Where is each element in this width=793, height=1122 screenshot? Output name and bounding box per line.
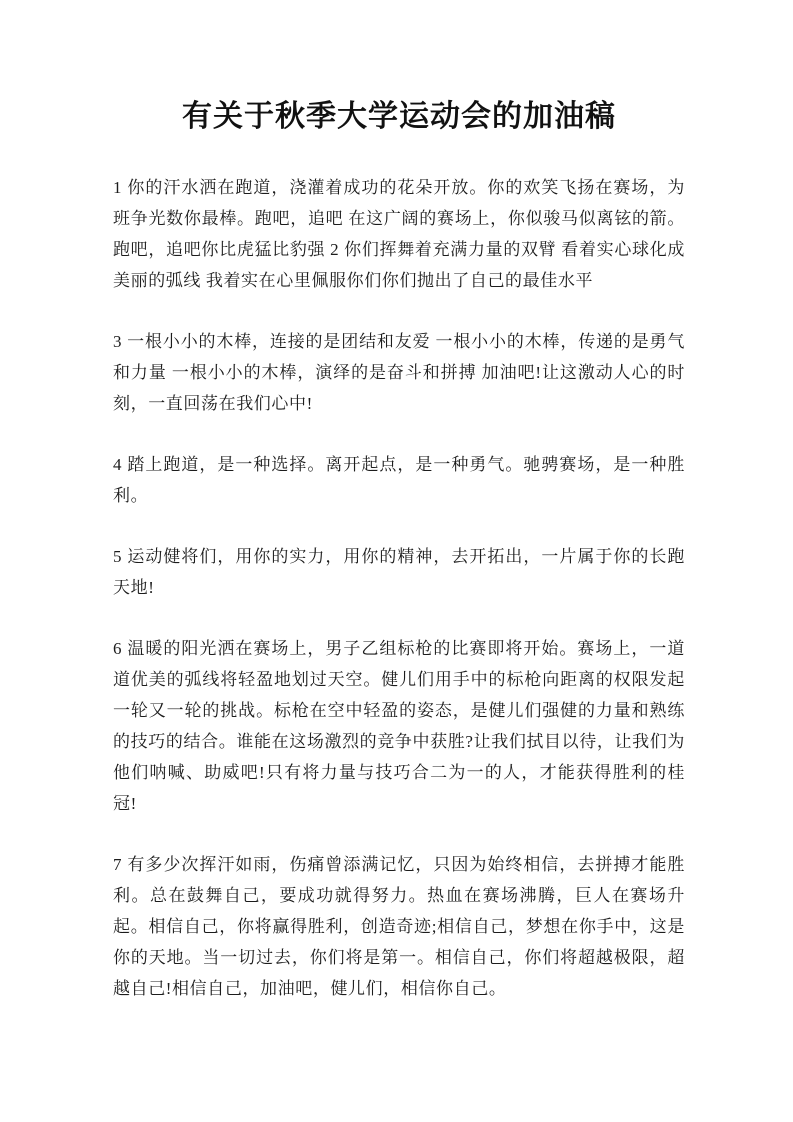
paragraph-3: 4 踏上跑道，是一种选择。离开起点，是一种勇气。驰骋赛场，是一种胜利。 — [113, 449, 685, 511]
paragraph-6: 7 有多少次挥汗如雨，伤痛曾添满记忆，只因为始终相信，去拼搏才能胜利。总在鼓舞自… — [113, 849, 685, 1004]
paragraph-2: 3 一根小小的木棒，连接的是团结和友爱 一根小小的木棒，传递的是勇气和力量 一根… — [113, 326, 685, 419]
paragraph-5: 6 温暖的阳光洒在赛场上，男子乙组标枪的比赛即将开始。赛场上，一道道优美的弧线将… — [113, 633, 685, 819]
document-title: 有关于秋季大学运动会的加油稿 — [113, 96, 685, 138]
paragraph-4: 5 运动健将们，用你的实力，用你的精神，去开拓出，一片属于你的长跑天地! — [113, 541, 685, 603]
paragraph-1: 1 你的汗水洒在跑道，浇灌着成功的花朵开放。你的欢笑飞扬在赛场，为班争光数你最棒… — [113, 172, 685, 296]
document-page: 有关于秋季大学运动会的加油稿 1 你的汗水洒在跑道，浇灌着成功的花朵开放。你的欢… — [0, 0, 793, 1122]
